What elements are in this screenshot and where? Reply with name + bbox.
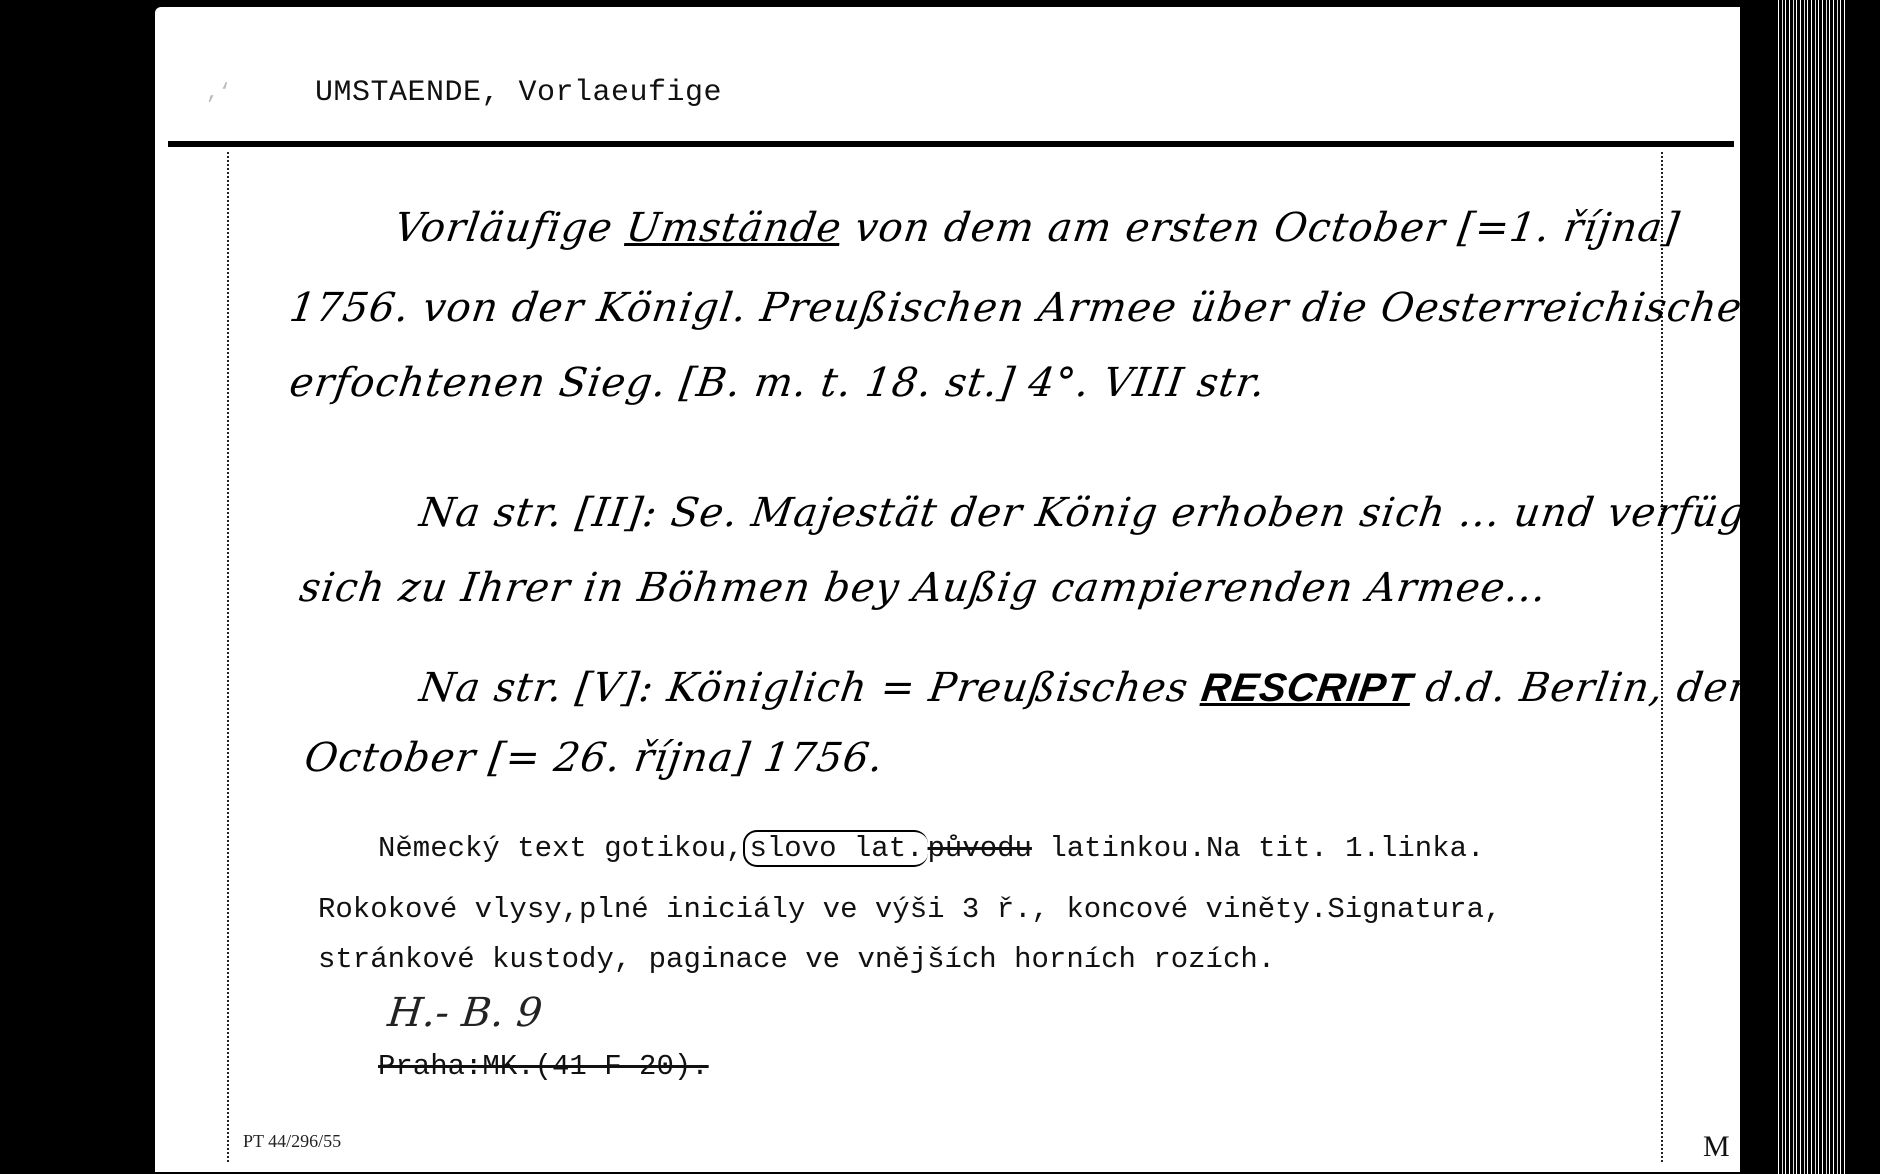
handwritten-line-2: 1756. von der Königl. Preußischen Armee … (287, 285, 1745, 331)
handwritten-line-5: sich zu Ihrer in Böhmen bey Außig campie… (297, 565, 1550, 611)
hw-underlined-word: Umstände (623, 205, 845, 251)
struck-location: Praha:MK.(41 F 20). (378, 1050, 709, 1083)
footer-code: PT 44/296/55 (243, 1131, 341, 1152)
hw-text: Na str. [V]: Königlich = Preußisches (417, 665, 1205, 711)
card-heading: UMSTAENDE, Vorlaeufige (315, 76, 722, 110)
typed-text: Německý text gotikou, (378, 832, 743, 865)
film-edge-strip (1775, 0, 1847, 1174)
hw-text: von dem am ersten October [=1. října] (838, 205, 1682, 251)
typed-text: latinkou.Na tit. 1.linka. (1032, 832, 1484, 865)
heading-rule (168, 141, 1734, 147)
typed-note-line-1: Německý text gotikou,slovo lat.původu la… (378, 832, 1484, 865)
left-margin-line (227, 152, 229, 1162)
handwritten-line-4: Na str. [II]: Se. Majestät der König erh… (417, 490, 1818, 536)
handwritten-line-6: Na str. [V]: Königlich = Preußisches RES… (417, 665, 1839, 711)
handwritten-line-3: erfochtenen Sieg. [B. m. t. 18. st.] 4°.… (287, 360, 1269, 406)
handwritten-signature: H.- B. 9 (386, 990, 545, 1036)
stain-mark: ‚‘ (205, 80, 245, 118)
typed-struck-word: původu (928, 832, 1032, 865)
typed-note-line-3: stránkové kustody, paginace ve vnějších … (318, 943, 1275, 976)
typed-loop-mark: slovo lat. (743, 830, 927, 867)
footer-mark: M (1703, 1130, 1730, 1164)
handwritten-line-1: Vorläufige Umstände von dem am ersten Oc… (392, 205, 1683, 251)
hw-underlined-word: RESCRIPT (1199, 666, 1415, 710)
typed-note-line-2: Rokokové vlysy,plné iniciály ve výši 3 ř… (318, 893, 1501, 926)
handwritten-line-7: October [= 26. října] 1756. (302, 735, 887, 781)
hw-text: Vorläufige (392, 205, 630, 251)
